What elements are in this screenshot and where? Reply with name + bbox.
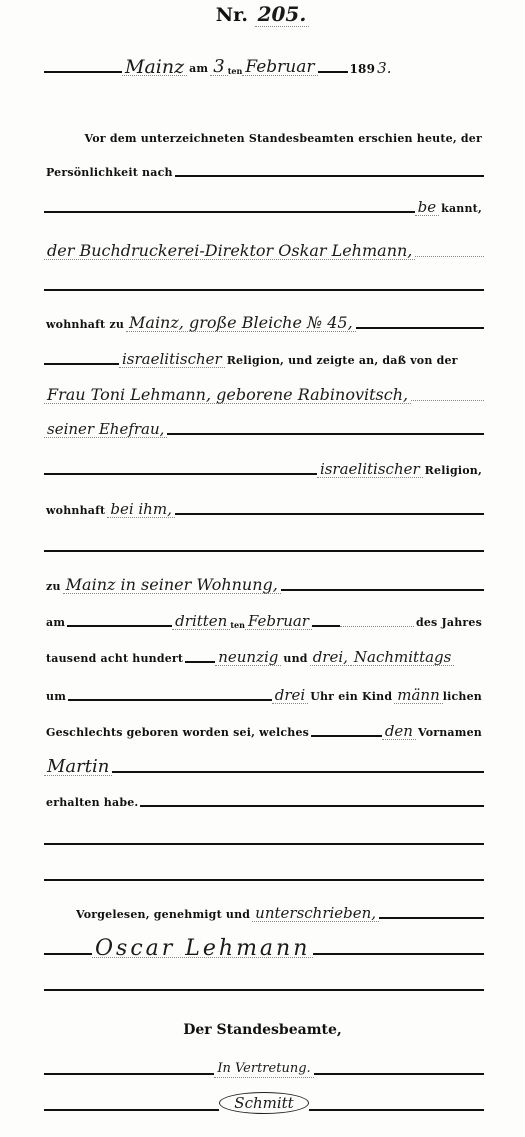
residence-value: Mainz, große Bleiche № 45, bbox=[126, 315, 356, 332]
birth-hour: drei bbox=[272, 687, 308, 704]
mother-residence: bei ihm, bbox=[107, 501, 175, 518]
bekannt-print: kannt, bbox=[439, 202, 484, 216]
religion-text: Religion, und zeigte an, daß von der bbox=[225, 354, 460, 368]
vornamen-label: Vornamen bbox=[416, 726, 484, 740]
number-label: Nr. bbox=[216, 4, 248, 26]
mother-name: Frau Toni Lehmann, geborene Rabinovitsch… bbox=[44, 387, 411, 404]
und-label: und bbox=[281, 652, 309, 666]
blank-line bbox=[44, 1073, 214, 1075]
vorgelesen-label: Vorgelesen, genehmigt und bbox=[74, 908, 252, 922]
mother-residence-line: wohnhaft bei ihm, bbox=[44, 494, 484, 518]
um-label: um bbox=[44, 690, 68, 704]
birth-date-line: am dritten ten Februar des Jahres bbox=[44, 606, 484, 630]
blank-line bbox=[140, 805, 484, 807]
informant-signature: Oscar Lehmann bbox=[92, 941, 313, 958]
thousand-label: tausend acht hundert bbox=[44, 652, 185, 666]
dotted-line bbox=[411, 400, 484, 401]
mother-relation: seiner Ehefrau, bbox=[44, 421, 167, 438]
birth-day-suffix: ten bbox=[230, 620, 245, 630]
blank-line bbox=[44, 989, 484, 991]
blank-line bbox=[44, 1109, 219, 1111]
child-sex-suffix: lichen bbox=[443, 690, 484, 704]
blank-line bbox=[379, 917, 484, 919]
residence-line: wohnhaft zu Mainz, große Bleiche № 45, bbox=[44, 308, 484, 332]
birth-day: dritten bbox=[172, 613, 230, 630]
blank-line bbox=[175, 175, 484, 177]
blank-line bbox=[68, 699, 272, 701]
blank-line bbox=[318, 71, 348, 73]
blank-line bbox=[44, 71, 122, 73]
blank-line bbox=[356, 327, 484, 329]
intro-text: Vor dem unterzeichneten Standesbeamten e… bbox=[83, 132, 484, 146]
child-name-line: Martin bbox=[44, 752, 484, 776]
dateline-month: Februar bbox=[242, 59, 317, 76]
blank-line bbox=[312, 625, 340, 627]
received-line: erhalten habe. bbox=[44, 786, 484, 810]
religion-line-2: israelitischer Religion, bbox=[44, 454, 484, 478]
blank-line bbox=[167, 433, 484, 435]
blank-line bbox=[175, 513, 484, 515]
am-label: am bbox=[187, 62, 210, 76]
unterschrieben: unterschrieben, bbox=[252, 905, 379, 922]
year-prefix: 189 bbox=[348, 62, 378, 76]
intro-line-2: Persönlichkeit nach bbox=[44, 156, 484, 180]
blank-line bbox=[67, 625, 172, 627]
child-sex: männ bbox=[394, 687, 443, 704]
wohnhaft-label: wohnhaft zu bbox=[44, 318, 126, 332]
mother-religion: israelitischer bbox=[317, 461, 423, 478]
blank-line bbox=[309, 1109, 484, 1111]
blank-line bbox=[44, 953, 92, 955]
wohnhaft-label-2: wohnhaft bbox=[44, 504, 107, 518]
deputy-note: In Vertretung. bbox=[214, 1061, 313, 1078]
official-signature: Schmitt bbox=[219, 1092, 308, 1114]
official-title: Der Standesbeamte, bbox=[0, 1022, 525, 1038]
informant-signature-line: Oscar Lehmann bbox=[44, 934, 484, 958]
birth-month: Februar bbox=[245, 613, 312, 630]
dateline: Mainz am 3 ten Februar 1893. bbox=[44, 52, 484, 76]
dateline-day: 3 bbox=[210, 59, 227, 76]
blank-line bbox=[44, 879, 484, 881]
intro-line-1: Vor dem unterzeichneten Standesbeamten e… bbox=[44, 122, 484, 146]
geschlecht-label: Geschlechts geboren worden sei, welches bbox=[44, 726, 311, 740]
birth-year-units: drei, bbox=[310, 649, 351, 666]
blank-line bbox=[281, 589, 484, 591]
mother-name-line: Frau Toni Lehmann, geborene Rabinovitsch… bbox=[44, 380, 484, 404]
religion-line-1: israelitischer Religion, und zeigte an, … bbox=[44, 344, 484, 368]
blank-row bbox=[44, 824, 484, 848]
des-jahres-label: des Jahres bbox=[414, 616, 484, 630]
dateline-day-suffix: ten bbox=[228, 66, 243, 76]
dateline-place: Mainz bbox=[122, 59, 187, 76]
blank-line bbox=[311, 735, 382, 737]
birth-daytime: Nachmittags bbox=[351, 649, 454, 666]
blank-row bbox=[44, 860, 484, 884]
birth-place: Mainz in seiner Wohnung, bbox=[63, 577, 281, 594]
geschlecht-line: Geschlechts geboren worden sei, welches … bbox=[44, 716, 484, 740]
blank-line bbox=[44, 473, 317, 475]
year-suffix: 3. bbox=[377, 60, 391, 76]
dotted-line bbox=[415, 256, 484, 257]
blank-row bbox=[44, 270, 484, 294]
blank-line bbox=[112, 771, 484, 773]
record-number: Nr. 205. bbox=[0, 4, 525, 26]
informant-line: der Buchdruckerei-Direktor Oskar Lehmann… bbox=[44, 236, 484, 260]
birth-register-page: Nr. 205. Mainz am 3 ten Februar 1893. Vo… bbox=[0, 0, 525, 1137]
official-signature-line: Schmitt bbox=[44, 1090, 484, 1114]
relation-line: seiner Ehefrau, bbox=[44, 414, 484, 438]
blank-row bbox=[44, 531, 484, 555]
erhalten-label: erhalten habe. bbox=[44, 796, 140, 810]
blank-line bbox=[44, 289, 484, 291]
birth-place-line: zu Mainz in seiner Wohnung, bbox=[44, 570, 484, 594]
blank-line bbox=[44, 550, 484, 552]
child-name: Martin bbox=[44, 759, 112, 776]
birth-year-tens: neunzig bbox=[215, 649, 281, 666]
blank-line bbox=[44, 363, 119, 365]
birth-year-line: tausend acht hundert neunzig und drei, N… bbox=[44, 642, 484, 666]
blank-line bbox=[185, 661, 215, 663]
blank-line bbox=[313, 953, 484, 955]
birth-hour-line: um drei Uhr ein Kind männlichen bbox=[44, 680, 484, 704]
vorname-article: den bbox=[382, 723, 416, 740]
read-approved-line: Vorgelesen, genehmigt und unterschrieben… bbox=[44, 898, 484, 922]
blank-row bbox=[44, 970, 484, 994]
uhr-kind-label: Uhr ein Kind bbox=[308, 690, 394, 704]
blank-line bbox=[314, 1073, 484, 1075]
bekannt-hand: be bbox=[415, 199, 439, 216]
zu-label: zu bbox=[44, 580, 63, 594]
informant-religion: israelitischer bbox=[119, 351, 225, 368]
informant-name: der Buchdruckerei-Direktor Oskar Lehmann… bbox=[44, 243, 415, 260]
dotted-line bbox=[340, 626, 414, 627]
am-label-2: am bbox=[44, 616, 67, 630]
blank-line bbox=[44, 843, 484, 845]
religion-label: Religion, bbox=[423, 464, 484, 478]
intro-line-3: be kannt, bbox=[44, 192, 484, 216]
deputy-line: In Vertretung. bbox=[44, 1054, 484, 1078]
number-value: 205. bbox=[255, 2, 310, 27]
persoenlichkeit-label: Persönlichkeit nach bbox=[44, 166, 175, 180]
blank-line bbox=[44, 211, 415, 213]
